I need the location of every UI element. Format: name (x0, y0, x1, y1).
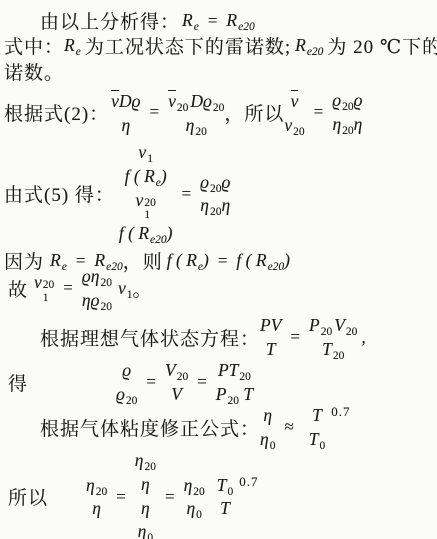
f-of-re20: f ( Re20) (236, 250, 290, 271)
approx-sign: ≈ (284, 417, 293, 437)
numerator-lower: η (141, 498, 150, 520)
denominator: T0 (309, 430, 325, 448)
reynolds20-definition-text: 为 20 ℃下的雷 (327, 32, 437, 59)
equals-sign: = (208, 11, 218, 31)
numerator: T (312, 406, 322, 424)
numerator: v20Dϱ20 (168, 90, 224, 110)
ideal-gas-line: 根据理想气体状态方程： PV T = P20V20 T20 , (40, 312, 366, 362)
equals-sign: = (314, 102, 324, 122)
where-label: 式中： (4, 32, 64, 59)
ideal-gas-label: 根据理想气体状态方程： (40, 324, 260, 351)
numerator-lower: v201 (136, 190, 156, 221)
obtain-label: 得 (8, 369, 28, 396)
by-equation5-label: 由式(5) 得： (4, 180, 115, 207)
fraction-pt20-p20t: PT20 P20 T (216, 361, 253, 403)
viscosity-formula-line: 根据气体粘度修正公式： η η0 ≈ T T0 0.7 (40, 403, 351, 451)
numerator: ϱ20ϱ (200, 173, 230, 191)
numerator: T0 (217, 476, 233, 494)
denominator: T (266, 340, 276, 358)
denominator-lower: η0 (138, 521, 153, 539)
exponent-07: 0.7 (331, 404, 350, 420)
numerator-upper: η20 (135, 450, 156, 472)
denominator: η20η (332, 115, 362, 133)
equals-sign: = (218, 251, 228, 271)
wrap-text: 诺数。 (4, 58, 64, 85)
numerator: η20 (86, 476, 107, 494)
denominator: η0 (186, 499, 201, 517)
fraction-v-v20: v v20 (284, 90, 304, 134)
fraction-pv-t: PV T (260, 316, 281, 358)
numerator-upper: v1 (138, 142, 153, 164)
denominator: P20 T (216, 385, 253, 403)
fraction-vdrho-eta: vDϱ η (111, 90, 140, 134)
equals-sign: = (290, 327, 300, 347)
v1-20-symbol: v201 (34, 272, 54, 303)
denominator: η0 (260, 430, 275, 448)
numerator: P20V20 (309, 316, 357, 334)
numerator: ϱ (122, 361, 131, 379)
hence-label: 故 (8, 275, 28, 302)
denominator: η (92, 499, 101, 517)
fraction-eta20-eta: η20 η (86, 476, 107, 518)
numerator: η (263, 406, 272, 424)
fraction-t0-t: T0 T (217, 476, 233, 518)
comma: , (361, 327, 365, 348)
numerator: ϱη20 (82, 267, 112, 285)
reynolds-definition-text: 为工况状态下的雷诺数; (85, 32, 291, 59)
definition-line: 式中： Re 为工况状态下的雷诺数; Re20 为 20 ℃下的雷 (4, 32, 437, 59)
numerator: ϱ20ϱ (332, 91, 362, 109)
denominator: T (220, 499, 230, 517)
therefore-label: 所以 (8, 483, 48, 510)
therefore-line: 所以 η20 η = η20 η η η0 = η20 η0 T0 T 0.7 (8, 454, 259, 539)
denominator: η20η (200, 196, 230, 214)
v1-20-scripts: 201 (43, 279, 55, 303)
definition-line-wrap: 诺数。 (4, 58, 64, 85)
denominator-lower: f ( Re20) (119, 223, 173, 245)
numerator: V20 (165, 361, 188, 379)
reynolds-symbol: Re (182, 10, 199, 31)
by-equation2-label: 根据式(2)： (4, 99, 109, 126)
f-of-re: f ( Re) (167, 250, 209, 271)
viscosity-formula-label: 根据气体粘度修正公式： (40, 414, 260, 441)
fraction-rho-rho20: ϱ ϱ20 (116, 361, 137, 403)
fraction-rho20rho-eta20eta: ϱ20ϱ η20η (332, 91, 362, 133)
analysis-label: 由以上分析得： (40, 7, 180, 34)
denominator: η (121, 116, 130, 134)
reynolds-symbol: Re (64, 35, 81, 56)
fraction-p20v20-t20: P20V20 T20 (309, 316, 357, 358)
fraction-v20-v: V20 V (165, 361, 188, 403)
denominator-upper: f ( Re) (125, 166, 167, 188)
reynolds20-symbol: Re20 (295, 35, 323, 56)
equals-sign: = (146, 372, 156, 392)
fraction-rho20rho-eta20eta: ϱ20ϱ η20η (200, 173, 230, 215)
obtain-line: 得 ϱ ϱ20 = V20 V = PT20 P20 T (8, 357, 253, 407)
denominator: v20 (284, 116, 304, 134)
fraction-rhoeta20-etarho20: ϱη20 ηϱ20 (82, 267, 112, 309)
denominator: ηϱ20 (82, 291, 112, 309)
period: 。 (132, 275, 152, 302)
hence-line: 故 v201 = ϱη20 ηϱ20 v1 。 (8, 263, 153, 313)
equals-sign: = (116, 487, 126, 507)
numerator: v (291, 90, 299, 110)
equals-sign: = (181, 184, 191, 204)
denominator: ϱ20 (116, 385, 137, 403)
scanned-paper-page: { "colors": {"bg": "#fbfbfa", "ink": "#1… (0, 0, 437, 539)
denominator: T20 (322, 340, 344, 358)
equals-sign: = (149, 102, 159, 122)
v1-20-scripts: 201 (144, 197, 156, 221)
denominator-upper: η (141, 474, 150, 496)
numerator: η20 (184, 476, 205, 494)
reynolds20-symbol: Re20 (226, 10, 254, 31)
numerator: vDϱ (111, 90, 140, 110)
fraction-eta20-eta0: η20 η0 (184, 476, 205, 518)
denominator: η20 (186, 116, 207, 134)
nested-fraction-v1-fre: v1 f ( Re) v201 f ( Re20) (119, 142, 173, 245)
nested-fraction-eta20eta-etaeta0: η20 η η η0 (135, 450, 156, 539)
equation5-line: 由式(5) 得： v1 f ( Re) v201 f ( Re20) = ϱ20… (4, 141, 230, 246)
fraction-eta-eta0: η η0 (260, 406, 275, 448)
exponent-07: 0.7 (239, 474, 258, 490)
equals-sign: = (197, 372, 207, 392)
numerator: PV (260, 316, 281, 334)
fraction-t-t0: T T0 (309, 406, 325, 448)
equation2-line: 根据式(2)： vDϱ η = v20Dϱ20 η20 ，所以 v v20 = … (4, 86, 363, 138)
fraction-v20drho20-eta20: v20Dϱ20 η20 (168, 90, 224, 134)
analysis-result-line: 由以上分析得： Re = Re20 (40, 7, 255, 34)
equals-sign: = (63, 278, 73, 298)
equals-sign: = (165, 487, 175, 507)
denominator: V (171, 385, 182, 403)
v1-symbol: v1 (118, 278, 133, 299)
numerator: PT20 (218, 361, 251, 379)
therefore-label: ，所以 (224, 99, 284, 126)
